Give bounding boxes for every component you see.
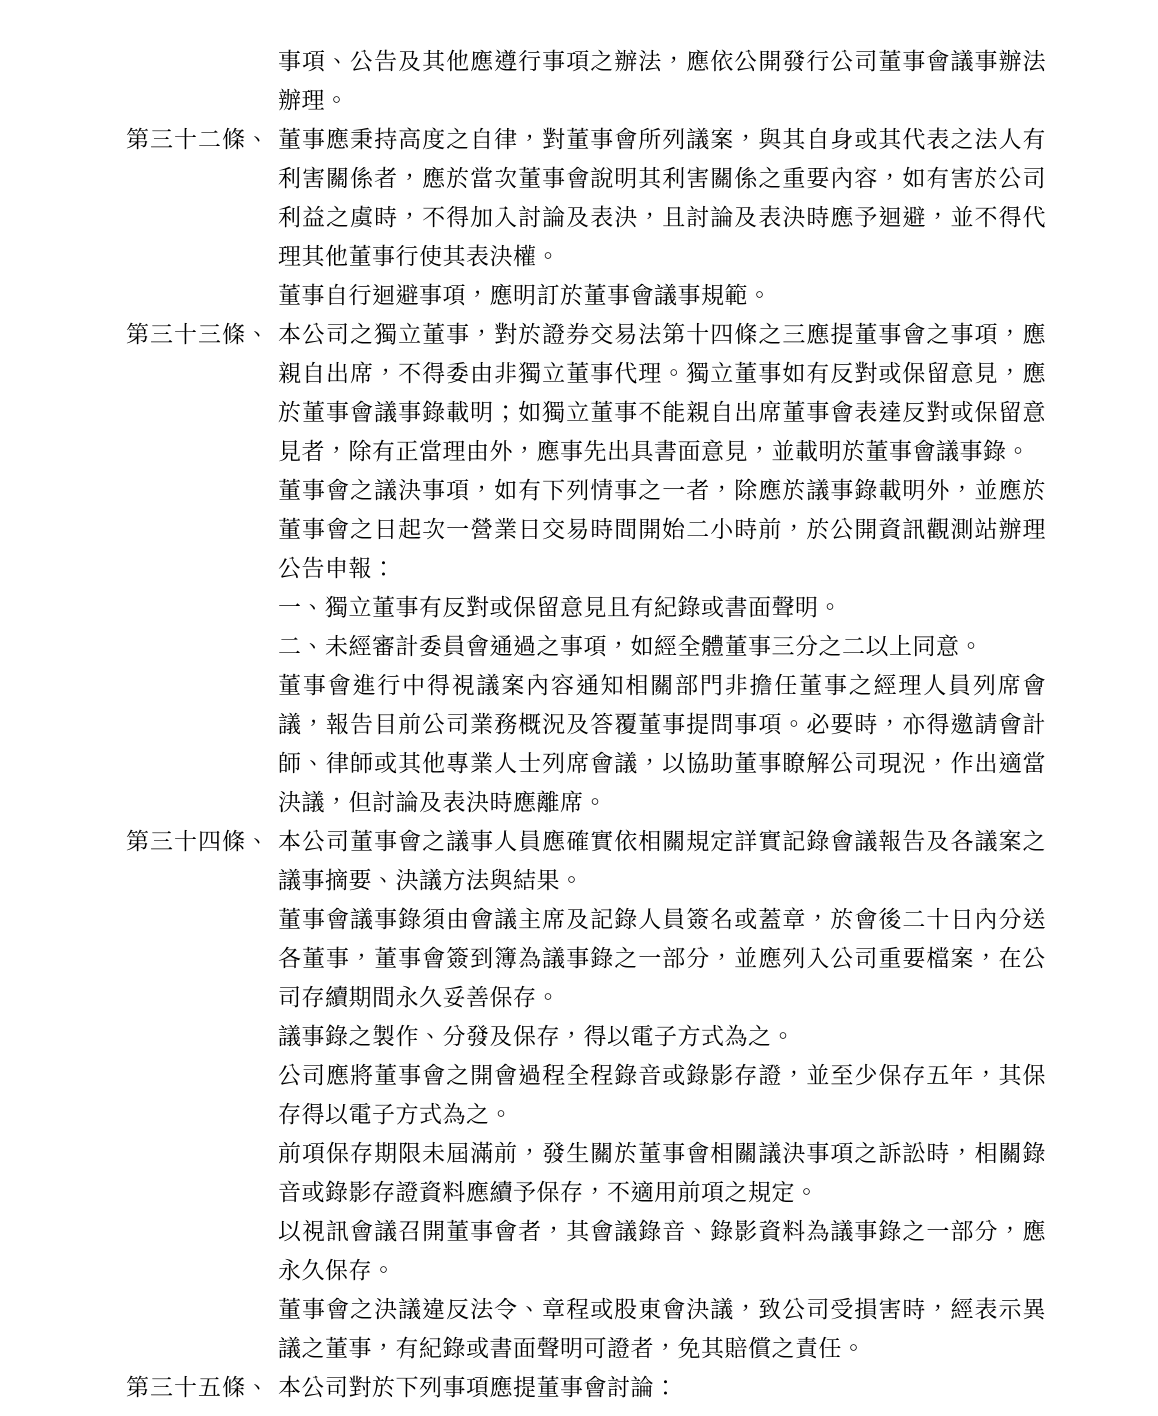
paragraph: 本公司之獨立董事，對於證券交易法第十四條之三應提董事會之事項，應親自出席，不得委… [278,315,1046,471]
paragraph: 董事會議事錄須由會議主席及記錄人員簽名或蓋章，於會後二十日內分送各董事，董事會簽… [278,900,1046,1017]
paragraph: 董事自行迴避事項，應明訂於董事會議事規範。 [278,276,1046,315]
paragraph: 董事會之決議違反法令、章程或股東會決議，致公司受損害時，經表示異議之董事，有紀錄… [278,1290,1046,1368]
paragraph: 以視訊會議召開董事會者，其會議錄音、錄影資料為議事錄之一部分，應永久保存。 [278,1212,1046,1290]
article-body: 董事應秉持高度之自律，對董事會所列議案，與其自身或其代表之法人有利害關係者，應於… [278,120,1046,315]
paragraph: 董事會進行中得視議案內容通知相關部門非擔任董事之經理人員列席會議，報告目前公司業… [278,666,1046,822]
paragraph: 本公司董事會之議事人員應確實依相關規定詳實記錄會議報告及各議案之議事摘要、決議方… [278,822,1046,900]
article-body: 事項、公告及其他應遵行事項之辦法，應依公開發行公司董事會議事辦法辦理。 [278,42,1046,120]
paragraph: 本公司對於下列事項應提董事會討論： [278,1368,1046,1407]
article-label: 第三十二條、 [126,120,278,159]
paragraph: 董事應秉持高度之自律，對董事會所列議案，與其自身或其代表之法人有利害關係者，應於… [278,120,1046,276]
paragraph: 公司應將董事會之開會過程全程錄音或錄影存證，並至少保存五年，其保存得以電子方式為… [278,1056,1046,1134]
paragraph: 前項保存期限未屆滿前，發生關於董事會相關議決事項之訴訟時，相關錄音或錄影存證資料… [278,1134,1046,1212]
paragraph: 董事會之議決事項，如有下列情事之一者，除應於議事錄載明外，並應於董事會之日起次一… [278,471,1046,588]
article-continuation: 事項、公告及其他應遵行事項之辦法，應依公開發行公司董事會議事辦法辦理。 [126,42,1046,120]
article-body: 本公司之獨立董事，對於證券交易法第十四條之三應提董事會之事項，應親自出席，不得委… [278,315,1046,822]
paragraph: 議事錄之製作、分發及保存，得以電子方式為之。 [278,1017,1046,1056]
article-34: 第三十四條、 本公司董事會之議事人員應確實依相關規定詳實記錄會議報告及各議案之議… [126,822,1046,1368]
article-33: 第三十三條、 本公司之獨立董事，對於證券交易法第十四條之三應提董事會之事項，應親… [126,315,1046,822]
document-page: 事項、公告及其他應遵行事項之辦法，應依公開發行公司董事會議事辦法辦理。 第三十二… [0,0,1158,1416]
article-label: 第三十四條、 [126,822,278,861]
list-item-1: 一、獨立董事有反對或保留意見且有紀錄或書面聲明。 [278,588,1046,627]
list-item-2: 二、未經審計委員會通過之事項，如經全體董事三分之二以上同意。 [278,627,1046,666]
paragraph: 事項、公告及其他應遵行事項之辦法，應依公開發行公司董事會議事辦法辦理。 [278,42,1046,120]
article-35: 第三十五條、 本公司對於下列事項應提董事會討論： [126,1368,1046,1407]
article-label: 第三十五條、 [126,1368,278,1407]
article-32: 第三十二條、 董事應秉持高度之自律，對董事會所列議案，與其自身或其代表之法人有利… [126,120,1046,315]
article-body: 本公司董事會之議事人員應確實依相關規定詳實記錄會議報告及各議案之議事摘要、決議方… [278,822,1046,1368]
article-label: 第三十三條、 [126,315,278,354]
article-body: 本公司對於下列事項應提董事會討論： [278,1368,1046,1407]
